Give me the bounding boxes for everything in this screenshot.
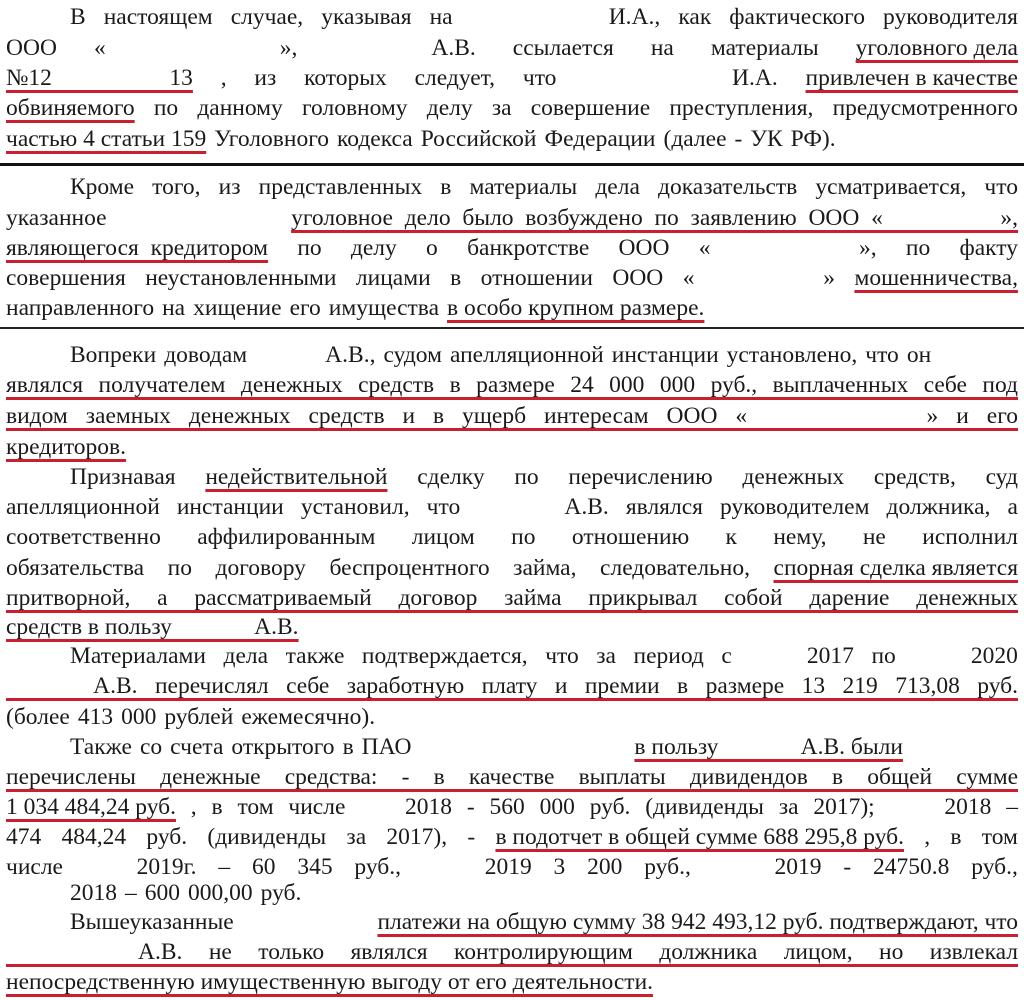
underlined-highlight: недействительной	[205, 462, 387, 492]
word: в	[450, 263, 461, 293]
word: руб.	[590, 792, 631, 822]
section-divider	[0, 327, 1024, 329]
word: ПАО	[362, 732, 412, 762]
word: обязательства	[6, 553, 144, 583]
text-line: соответственноаффилированнымлицомпоотнош…	[6, 522, 1018, 552]
word: 2017	[807, 641, 854, 671]
underlined-highlight: №12 13	[6, 63, 193, 93]
word: предусмотренного	[833, 93, 1018, 123]
word: ,	[924, 822, 930, 852]
word: установил,	[301, 492, 410, 522]
word: должника,	[887, 492, 991, 522]
word: судом	[383, 340, 442, 370]
word: отношению	[572, 522, 689, 552]
underlined-highlight: являющегося кредитором	[6, 233, 268, 263]
word: совершения	[6, 263, 126, 293]
word: «	[699, 233, 711, 263]
word: что	[427, 492, 461, 522]
text-line: А.В. перечислял себе заработную плату и …	[6, 671, 1018, 701]
word: на	[162, 293, 185, 323]
word: беспроцентного	[329, 553, 489, 583]
word: а	[1008, 492, 1018, 522]
redacted-name-gap	[255, 340, 325, 370]
word: ссылается	[513, 33, 614, 63]
word: инстанции	[612, 340, 719, 370]
word: числе	[6, 852, 63, 882]
word: ООО	[6, 33, 57, 63]
word: апелляционной	[450, 340, 604, 370]
word: »	[823, 263, 835, 293]
word: А.В.	[564, 492, 608, 522]
word: доводам	[164, 340, 247, 370]
text-line: притворной, а рассматриваемый договор за…	[6, 583, 1018, 613]
text-line: указанноеуголовное дело было возбуждено …	[6, 203, 1018, 233]
word: ООО	[612, 263, 663, 293]
word: из	[254, 63, 276, 93]
redacted-name-gap	[477, 492, 547, 522]
word: установлено,	[727, 340, 858, 370]
word: И.А.,	[609, 2, 661, 32]
word: не	[863, 522, 886, 552]
word: 2017);	[813, 792, 874, 822]
word: –	[125, 878, 137, 908]
word: что	[984, 172, 1018, 202]
word: период	[634, 641, 704, 671]
text-line: кредиторов.	[6, 432, 1018, 462]
word: случае,	[231, 2, 303, 32]
text-line: частью 4 статьи 159УголовногокодексаРосс…	[6, 124, 1018, 154]
word: имущества	[329, 293, 439, 323]
word: лицом	[412, 522, 475, 552]
word: счета	[170, 732, 223, 762]
word: соответственно	[6, 522, 161, 552]
word: по	[514, 462, 538, 492]
word: том	[237, 792, 273, 822]
word: материалы	[469, 172, 577, 202]
word: указывая	[321, 2, 411, 32]
word: -	[735, 124, 743, 154]
underlined-highlight: мошенничества,	[854, 263, 1018, 293]
word: исполнил	[922, 522, 1018, 552]
word: »,	[859, 233, 877, 263]
word: представленных	[259, 172, 422, 202]
text-line: апелляционнойинстанцииустановил,чтоА.В.я…	[6, 492, 1018, 522]
word: (далее	[664, 124, 727, 154]
word: Кроме	[70, 172, 134, 202]
underlined-highlight: обвиняемого	[6, 93, 135, 123]
word: за	[346, 822, 366, 852]
word: сделку	[417, 462, 484, 492]
word: »,	[280, 33, 298, 63]
word: в	[343, 732, 354, 762]
word: из	[219, 172, 241, 202]
word: А.В.,	[325, 340, 375, 370]
word: делу	[351, 233, 397, 263]
underlined-highlight: привлечен в качестве	[806, 63, 1018, 93]
word: 2020	[971, 641, 1018, 671]
word: (более	[6, 702, 70, 732]
redacted-name-gap	[714, 263, 804, 293]
word: руководителя	[883, 2, 1018, 32]
text-line: средств в пользу А.В.	[6, 612, 1018, 642]
word: в	[950, 822, 961, 852]
word: средств,	[874, 462, 956, 492]
underlined-highlight: 1 034 484,24 руб.	[6, 792, 176, 822]
redacted-name-gap	[890, 792, 930, 822]
word: числе	[288, 792, 345, 822]
word: которых	[304, 63, 387, 93]
underlined-highlight: в пользу А.В. были	[634, 732, 903, 762]
word: Материалами	[70, 641, 206, 671]
redacted-name-gap	[913, 641, 953, 671]
redacted-name-gap	[471, 2, 591, 32]
text-line: (более413000рублейежемесячно).	[6, 702, 1018, 732]
word: 2018	[405, 792, 452, 822]
word: данному	[197, 93, 282, 123]
word: его	[290, 293, 321, 323]
underlined-highlight: притворной, а рассматриваемый договор за…	[6, 583, 1018, 613]
word: договору	[216, 553, 306, 583]
word: -	[467, 822, 475, 852]
underlined-highlight: средств в пользу А.В.	[6, 612, 299, 642]
word: следовательно,	[600, 553, 750, 583]
word: В	[70, 2, 86, 32]
word: по	[168, 553, 192, 583]
underlined-highlight: видом заемных денежных средств и в ущерб…	[6, 401, 1018, 431]
word: материалы	[711, 33, 819, 63]
word: лицами	[356, 263, 431, 293]
word: за	[596, 641, 616, 671]
word: по	[154, 93, 178, 123]
word: на	[430, 2, 453, 32]
word: Уголовного	[214, 124, 329, 154]
word: преступления,	[669, 93, 813, 123]
word: по	[871, 641, 895, 671]
section-divider	[0, 163, 1024, 166]
word: Вышеуказанные	[70, 907, 234, 937]
underlined-highlight: в особо крупном размере.	[447, 293, 704, 323]
word: также	[286, 641, 345, 671]
word: по	[511, 522, 535, 552]
underlined-highlight: уголовного дела	[856, 33, 1018, 63]
word: головному	[302, 93, 408, 123]
word: того,	[152, 172, 200, 202]
word: займа,	[513, 553, 576, 583]
redacted-name-gap	[740, 233, 830, 263]
word: что	[865, 340, 899, 370]
word: 600	[145, 878, 180, 908]
word: –	[1006, 792, 1018, 822]
word: РФ).	[791, 124, 836, 154]
word: он	[907, 340, 931, 370]
word: рублей	[164, 702, 233, 732]
underlined-highlight: А.В. не только являлся контролирующим до…	[6, 937, 1018, 967]
word: со	[140, 732, 162, 762]
word: что	[523, 63, 557, 93]
word: делу	[427, 93, 473, 123]
word: ,	[191, 792, 197, 822]
text-line: 2018–600000,00руб.	[70, 878, 1018, 908]
word: 2018	[944, 792, 991, 822]
redacted-name-gap	[143, 33, 243, 63]
word: 000,00	[188, 878, 253, 908]
word: дела	[224, 641, 269, 671]
word: совершение	[531, 93, 650, 123]
underlined-highlight: уголовное дело было возбуждено по заявле…	[291, 203, 1018, 233]
text-line: являющегося кредиторомподелуобанкротстве…	[6, 233, 1018, 263]
text-line: ВопрекидоводамА.В.,судомапелляционнойинс…	[70, 340, 1018, 370]
word: 000	[121, 702, 156, 732]
word: денежных	[742, 462, 844, 492]
underlined-highlight: непосредственную имущественную выгоду от…	[6, 967, 653, 997]
word: Российской	[421, 124, 537, 154]
text-line: непосредственную имущественную выгоду от…	[6, 967, 1018, 997]
word: являлся	[626, 492, 703, 522]
redacted-name-gap	[360, 792, 390, 822]
word: усматривается,	[815, 172, 966, 202]
text-line: 1 034 484,24 руб.,втомчисле2018-560000ру…	[6, 792, 1018, 822]
text-line: видом заемных денежных средств и в ущерб…	[6, 401, 1018, 431]
text-line: ТакжесосчетаоткрытоговПАОв пользу А.В. б…	[70, 732, 1018, 762]
word: за	[492, 93, 512, 123]
word: 2018	[70, 878, 117, 908]
word: о	[426, 233, 438, 263]
word: суд	[986, 462, 1018, 492]
word: следует,	[415, 63, 495, 93]
word: Признавая	[70, 462, 176, 492]
word: А.В.	[431, 33, 475, 63]
word: перечислению	[568, 462, 712, 492]
word: кодекса	[337, 124, 413, 154]
text-line: Материаламиделатакжеподтверждается,чтоза…	[70, 641, 1018, 671]
word: Также	[70, 732, 132, 762]
word: нему,	[773, 522, 826, 552]
text-line: направленногонахищениеегоимуществав особ…	[6, 293, 1018, 323]
word: «	[683, 263, 695, 293]
underlined-highlight: перечислены денежные средства: - в качес…	[6, 762, 1018, 792]
word: руб.	[146, 822, 187, 852]
text-line: обвиняемогоподанномуголовномуделузасовер…	[6, 93, 1018, 123]
redacted-name-gap	[749, 641, 789, 671]
word: банкротстве	[467, 233, 589, 263]
word: руководителем	[720, 492, 869, 522]
word: (дивиденды	[645, 792, 764, 822]
underlined-highlight: спорная сделка является	[774, 553, 1018, 583]
word: открытого	[231, 732, 334, 762]
underlined-highlight: кредиторов.	[6, 432, 126, 462]
word: подтверждается,	[362, 641, 528, 671]
word: ООО	[619, 233, 670, 263]
word: 000	[540, 792, 575, 822]
text-line: Вышеуказанныеплатежи на общую сумму 38 9…	[70, 907, 1018, 937]
redacted-name-gap	[419, 732, 634, 762]
word: апелляционной	[6, 492, 160, 522]
word: (дивиденды	[207, 822, 326, 852]
word: УК	[750, 124, 782, 154]
word: 2017),	[386, 822, 447, 852]
text-line: Внастоящемслучае,указываянаИ.А.,какфакти…	[70, 2, 1018, 32]
word: доказательств	[658, 172, 797, 202]
word: 413	[78, 702, 113, 732]
underlined-highlight: частью 4 статьи 159	[6, 124, 206, 154]
word: том	[982, 822, 1018, 852]
word: неустановленными	[145, 263, 336, 293]
underlined-highlight: в подотчет в общей сумме 688 295,8 руб.	[495, 822, 904, 852]
underlined-highlight: платежи на общую сумму 38 942 493,12 руб…	[377, 907, 1018, 937]
text-line: А.В. не только являлся контролирующим до…	[6, 937, 1018, 967]
word: Вопреки	[70, 340, 156, 370]
word: 484,24	[62, 822, 127, 852]
word: 560	[490, 792, 525, 822]
word: факту	[960, 233, 1018, 263]
word: -	[467, 792, 475, 822]
underlined-highlight: А.В. перечислял себе заработную плату и …	[6, 671, 1018, 701]
text-line: Крометого,изпредставленныхвматериалыдела…	[70, 172, 1018, 202]
word: ,	[221, 63, 227, 93]
text-line: обязательстваподоговорубеспроцентногозай…	[6, 553, 1018, 583]
word: направленного	[6, 293, 154, 323]
text-line: 474484,24руб.(дивидендыза2017),-в подотч…	[6, 822, 1018, 852]
word: к	[726, 522, 737, 552]
word: И.А.	[732, 63, 778, 93]
word: дела	[595, 172, 640, 202]
word: в	[440, 172, 451, 202]
text-line: ООО«»,А.В.ссылаетсянаматериалыуголовного…	[6, 33, 1018, 63]
word: ежемесячно).	[241, 702, 375, 732]
word: настоящем	[104, 2, 213, 32]
text-line: №12 13,изкоторыхследует,чтоИ.А.привлечен…	[6, 63, 1018, 93]
word: руб.	[261, 878, 302, 908]
word: что	[545, 641, 579, 671]
word: 474	[6, 822, 41, 852]
underlined-highlight: являлся получателем денежных средств в р…	[6, 370, 1018, 400]
word: инстанции	[177, 492, 284, 522]
text-line: Признаваянедействительнойсделкупоперечис…	[70, 462, 1018, 492]
word: Федерации	[545, 124, 656, 154]
word: с	[721, 641, 731, 671]
word: по	[906, 233, 930, 263]
word: по	[297, 233, 321, 263]
word: хищение	[193, 293, 281, 323]
text-line: совершениянеустановленнымилицамивотношен…	[6, 263, 1018, 293]
word: как	[678, 2, 711, 32]
redacted-name-gap	[334, 33, 394, 63]
text-line: перечислены денежные средства: - в качес…	[6, 762, 1018, 792]
word: «	[94, 33, 106, 63]
word: на	[651, 33, 674, 63]
word: фактического	[729, 2, 865, 32]
text-line: являлся получателем денежных средств в р…	[6, 370, 1018, 400]
word: аффилированным	[197, 522, 375, 552]
word: указанное	[6, 203, 107, 233]
word: в	[212, 792, 223, 822]
redacted-name-gap	[584, 63, 704, 93]
word: за	[779, 792, 799, 822]
word: отношении	[481, 263, 593, 293]
